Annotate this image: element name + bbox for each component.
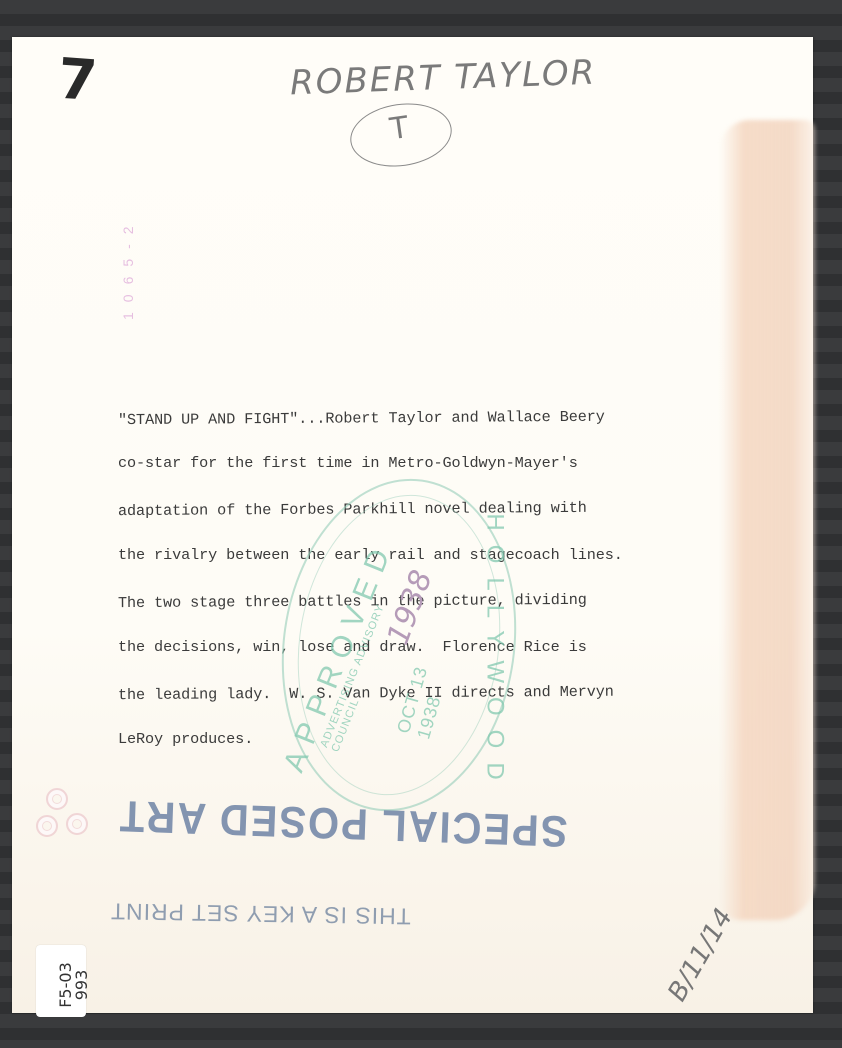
circled-letter-text: T — [388, 110, 411, 147]
archive-label-line2: 993 — [74, 945, 90, 1025]
mirrored-keyset-stamp: THIS IS A KEY SET PRINT — [110, 897, 411, 929]
swirl-stamp-icon — [46, 788, 68, 810]
archive-label-text: F5-03 993 — [58, 945, 90, 1025]
caption-line: "STAND UP AND FIGHT"...Robert Taylor and… — [118, 408, 718, 427]
swirl-stamp-icon — [36, 815, 58, 837]
tape-stain — [720, 120, 815, 920]
archive-label: F5-03 993 — [36, 945, 86, 1017]
caption-line: co-star for the first time in Metro-Gold… — [118, 456, 718, 471]
serial-stamp: 1065-2 — [120, 190, 150, 320]
approval-stamp-location: HOLLYWOOD — [481, 513, 509, 793]
corner-number: 7 — [56, 47, 101, 115]
swirl-stamp-icon — [66, 813, 88, 835]
